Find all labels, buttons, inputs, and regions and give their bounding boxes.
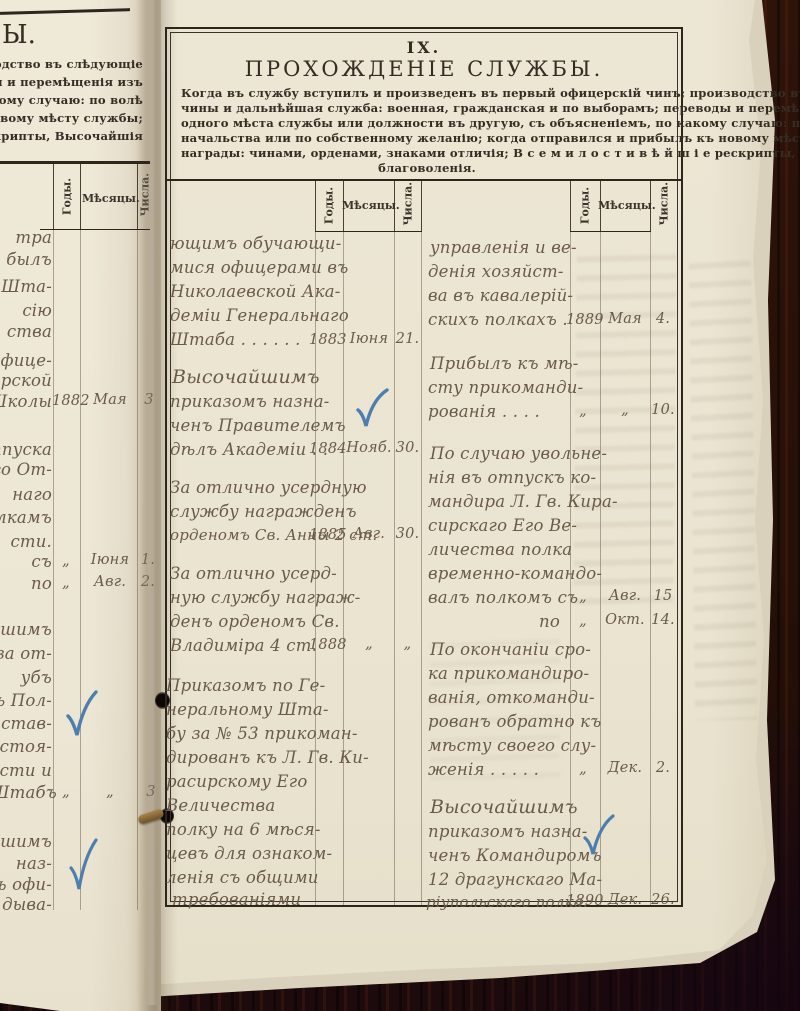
date-year: „ (566, 589, 600, 605)
handwritten-line: денія хозяйст- (428, 262, 564, 281)
column-line (80, 164, 81, 230)
handwritten-line: деміи Генеральнаго (170, 306, 349, 325)
handwritten-line: За отлично усердную (170, 478, 367, 497)
date-year: 1883 (309, 332, 345, 348)
date-day: 2. (138, 574, 158, 590)
handwritten-line: дыва- (0, 895, 52, 914)
handwritten-line: приказомъ назна- (428, 822, 588, 841)
handwritten-line: мѣсту своего слу- (428, 736, 596, 755)
handwritten-line: мися офицерами въ (170, 258, 348, 277)
handwritten-line: став- (0, 714, 52, 733)
handwritten-line: Николаевской Ака- (170, 282, 341, 301)
date-year: 1884 (309, 441, 345, 457)
handwritten-line: ка прикомандиро- (428, 664, 589, 683)
handwritten-line: го Шта- (0, 277, 52, 296)
handwritten-line: цевъ для ознаком- (166, 844, 332, 863)
handwritten-line: въ Пол- (0, 691, 52, 710)
handwritten-line: Владиміра 4 ст. (170, 636, 317, 655)
handwritten-line: За отлично усерд- (170, 564, 337, 583)
column-line (421, 232, 422, 905)
handwritten-line: сту прикоманди- (428, 378, 583, 397)
handwritten-line: сію (0, 301, 52, 320)
handwritten-line: 12 драгунскаго Ма- (428, 870, 602, 889)
handwritten-line: й Школы (0, 392, 52, 411)
handwritten-line: рованъ обратно къ (428, 712, 601, 731)
months-header-2: Мѣсяцы. (598, 199, 652, 212)
date-month: Іюня (345, 331, 393, 347)
date-day: 10. (650, 402, 676, 418)
left-desc-fragment: рескрипты, Высочайшія (0, 129, 143, 145)
handwritten-line: дированъ къ Л. Гв. Ки- (166, 748, 369, 767)
date-month: Дек. (601, 760, 649, 776)
handwritten-line: личества полка (428, 540, 572, 559)
column-line (570, 181, 571, 232)
left-desc-fragment: переводы и перемѣщенія изъ (0, 75, 143, 91)
date-year: „ (566, 761, 600, 777)
date-day: 26. (650, 892, 676, 908)
date-month: Авг. (87, 574, 133, 590)
date-day: 3 (139, 392, 159, 408)
years-header-1: Годы. (323, 186, 336, 226)
handwritten-line: стоя- (0, 737, 52, 756)
handwritten-line: съ (0, 552, 52, 571)
date-year: 1888 (309, 637, 345, 653)
days-header-2: Числа. (658, 186, 671, 226)
handwritten-line: неральному Шта- (166, 700, 329, 719)
check-mark-icon (62, 688, 100, 742)
date-month: Авг. (345, 526, 393, 542)
handwritten-line: дѣлъ Академіи . . (170, 440, 328, 459)
handwritten-line: нія въ отпускъ ко- (428, 468, 596, 487)
date-day: 15 (650, 588, 676, 604)
days-header-1: Числа. (402, 186, 415, 226)
handwritten-line: Высочайшимъ (430, 796, 578, 818)
left-desc-fragment: по какому случаю: по волѣ (0, 93, 143, 109)
handwritten-line: шимъ (0, 832, 52, 851)
date-month: Нояб. (345, 440, 393, 456)
date-year: „ (55, 575, 77, 591)
handwritten-line: полку на 6 мѣся- (166, 820, 321, 839)
handwritten-line: управленія и ве- (430, 238, 577, 257)
handwritten-line: По случаю увольне- (430, 444, 607, 463)
left-days-header: Числа. (139, 177, 152, 217)
handwritten-line: Штабъ (0, 783, 57, 802)
handwritten-line: сти. (0, 532, 52, 551)
handwritten-line: Высочайшимъ (172, 366, 320, 388)
handwritten-line: ва въ кавалерій- (428, 286, 573, 305)
description-line: чины и дальнѣйшая служба: военная, гражд… (181, 101, 673, 117)
handwritten-line: женія . . . . . (428, 760, 539, 779)
column-line (315, 181, 316, 232)
handwritten-line: приказомъ назна- (170, 392, 330, 411)
handwritten-line: Величества (166, 796, 275, 815)
months-header-1: Мѣсяцы. (342, 199, 396, 212)
handwritten-line: мандира Л. Гв. Кира- (428, 492, 618, 511)
left-header-underline (40, 229, 150, 230)
description-line: благоволенія. (181, 161, 673, 177)
date-year: 1882 (52, 393, 86, 409)
left-header-bottom-rule (0, 161, 150, 164)
handwritten-line: шимъ (0, 620, 52, 639)
description-line: Когда въ службу вступилъ и произведенъ в… (181, 86, 673, 102)
date-month: Мая (601, 311, 649, 327)
handwritten-line: скихъ полкахъ . (428, 310, 568, 329)
handwritten-line: офице- (0, 351, 52, 370)
handwritten-line: сти и (0, 761, 52, 780)
left-years-header: Годы. (61, 177, 74, 217)
handwritten-line: былъ (0, 250, 52, 269)
check-mark-icon (352, 386, 392, 432)
date-day: 14. (650, 612, 676, 628)
column-line (53, 164, 54, 230)
handwritten-line: рской (0, 371, 52, 390)
handwritten-line: ванія, откоманди- (428, 688, 595, 707)
date-day: 2. (650, 760, 676, 776)
handwritten-line: Приказомъ по Ге- (166, 676, 325, 695)
handwritten-line: тпуска (0, 440, 52, 459)
handwritten-line: ющимъ обучающи- (170, 234, 342, 253)
date-year: 1885 (309, 527, 345, 543)
date-year: „ (55, 553, 77, 569)
handwritten-line: по (0, 574, 52, 593)
handwritten-line: 2-го От- (0, 460, 52, 479)
handwritten-line: за от- (0, 644, 52, 663)
date-year: „ (566, 403, 600, 419)
date-month: Іюня (87, 552, 133, 568)
handwritten-line: сирскаго Его Ве- (428, 516, 577, 535)
handwritten-line: ченъ Командиромъ (428, 846, 602, 865)
date-day: „ (394, 636, 421, 652)
section-number: IX. (166, 38, 682, 57)
date-month: Авг. (601, 588, 649, 604)
handwritten-line: Прибылъ къ мѣ- (430, 354, 579, 373)
date-day: 30. (394, 526, 421, 542)
handwritten-line: службу награжденъ (170, 502, 357, 521)
years-header-2: Годы. (579, 186, 592, 226)
left-months-header: Мѣсяцы. (82, 192, 136, 205)
handwritten-line: Штаба . . . . . . (170, 330, 301, 349)
handwritten-line: ную службу награж- (170, 588, 361, 607)
handwritten-line: ченъ Правителемъ (170, 416, 346, 435)
handwritten-line: бъ офи- (0, 875, 52, 894)
date-day: 21. (394, 331, 421, 347)
date-year: „ (566, 613, 600, 629)
date-month: „ (601, 402, 649, 418)
handwritten-line: По окончаніи сро- (430, 640, 591, 659)
handwritten-line: олкамъ (0, 508, 52, 527)
check-mark-icon (66, 836, 100, 896)
handwritten-line: по (500, 612, 560, 631)
date-month: Окт. (601, 612, 649, 628)
column-line (53, 230, 54, 910)
date-year: 1889 (566, 312, 600, 328)
date-month: „ (345, 636, 393, 652)
handwritten-line: ленія съ общими (166, 868, 319, 887)
column-line (80, 230, 81, 910)
column-line (421, 181, 422, 232)
show-through-ghost (573, 243, 677, 614)
handwritten-line: требованіями (172, 890, 301, 909)
column-line (137, 230, 138, 910)
header-underline (570, 231, 651, 232)
left-page-title-fragment: Ы. (2, 20, 36, 50)
handwritten-line: временно-командо- (428, 564, 602, 583)
date-month: Мая (87, 392, 133, 408)
handwritten-line: тра (0, 228, 52, 247)
date-month: Дек. (601, 892, 649, 908)
handwritten-line: ріупольскаго полка. (426, 893, 588, 911)
handwritten-line: наго (0, 485, 52, 504)
check-mark-icon (580, 812, 618, 860)
header-underline (315, 231, 422, 232)
show-through-ghost (689, 250, 758, 721)
handwritten-line: валъ полкомъ съ (428, 588, 578, 607)
handwritten-line: бу за № 53 прикоман- (166, 724, 358, 743)
page-title: ПРОХОЖДЕНІЕ СЛУЖБЫ. (166, 57, 682, 81)
description-line: награды: чинами, орденами, знаками отлич… (181, 146, 673, 162)
handwritten-line: рованія . . . . (428, 402, 540, 421)
handwritten-line: расирскому Его (166, 772, 307, 791)
description-line: начальства или по собственному желанію; … (181, 131, 673, 147)
header-bottom-rule (167, 179, 681, 181)
handwritten-line: ства (0, 322, 52, 341)
left-desc-fragment: ; производство въ слѣдующіе (0, 57, 143, 73)
date-day: 30. (394, 440, 421, 456)
date-year: „ (55, 784, 77, 800)
handwritten-line: денъ орденомъ Св. (170, 612, 340, 631)
date-year: 1890 (566, 893, 600, 909)
handwritten-line: убъ (0, 668, 52, 687)
description-line: одного мѣста службы или должности въ дру… (181, 116, 673, 132)
date-month: „ (95, 784, 125, 800)
left-desc-fragment: лъ къ новому мѣсту службы; (0, 111, 143, 127)
handwritten-line: наз- (0, 854, 52, 873)
date-day: 4. (650, 311, 676, 327)
date-day: 3 (142, 784, 160, 800)
date-day: 1. (138, 552, 158, 568)
